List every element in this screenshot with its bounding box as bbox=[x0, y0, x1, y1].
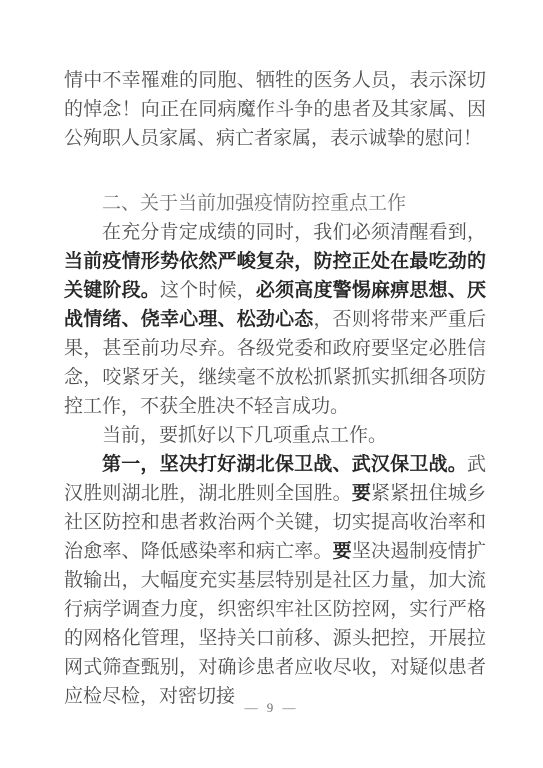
text-run: 在充分肯定成绩的同时，我们必须清醒看到， bbox=[102, 222, 486, 243]
text-run: 当前，要抓好以下几项重点工作。 bbox=[102, 425, 387, 446]
emphasized-text-run: 第一，坚决打好湖北保卫战、武汉保卫战。 bbox=[102, 454, 467, 475]
emphasized-text-run: 要 bbox=[352, 483, 371, 504]
emphasized-text-run: 要 bbox=[333, 541, 352, 562]
text-run: 情中不幸罹难的同胞、牺牲的医务人员，表示深切的悼念！向正在同病魔作斗争的患者及其… bbox=[64, 70, 486, 149]
text-run: 坚决遏制疫情扩散输出，大幅度充实基层特别是社区力量，加大流行病学调查力度，织密织… bbox=[64, 541, 486, 707]
paragraph: 在充分肯定成绩的同时，我们必须清醒看到，当前疫情形势依然严峻复杂，防控正处在最吃… bbox=[64, 218, 486, 421]
text-run: 这个时候， bbox=[160, 280, 256, 301]
text-run: 二、关于当前加强疫情防控重点工作 bbox=[102, 193, 406, 214]
document-page: 情中不幸罹难的同胞、牺牲的医务人员，表示深切的悼念！向正在同病魔作斗争的患者及其… bbox=[0, 0, 543, 768]
page-number: — 9 — bbox=[0, 699, 543, 716]
document-body: 情中不幸罹难的同胞、牺牲的医务人员，表示深切的悼念！向正在同病魔作斗争的患者及其… bbox=[64, 66, 486, 711]
section-heading: 二、关于当前加强疫情防控重点工作 bbox=[64, 189, 486, 218]
paragraph: 第一，坚决打好湖北保卫战、武汉保卫战。武汉胜则湖北胜，湖北胜则全国胜。要紧紧扭住… bbox=[64, 450, 486, 711]
paragraph: 当前，要抓好以下几项重点工作。 bbox=[64, 421, 486, 450]
paragraph: 情中不幸罹难的同胞、牺牲的医务人员，表示深切的悼念！向正在同病魔作斗争的患者及其… bbox=[64, 66, 486, 153]
